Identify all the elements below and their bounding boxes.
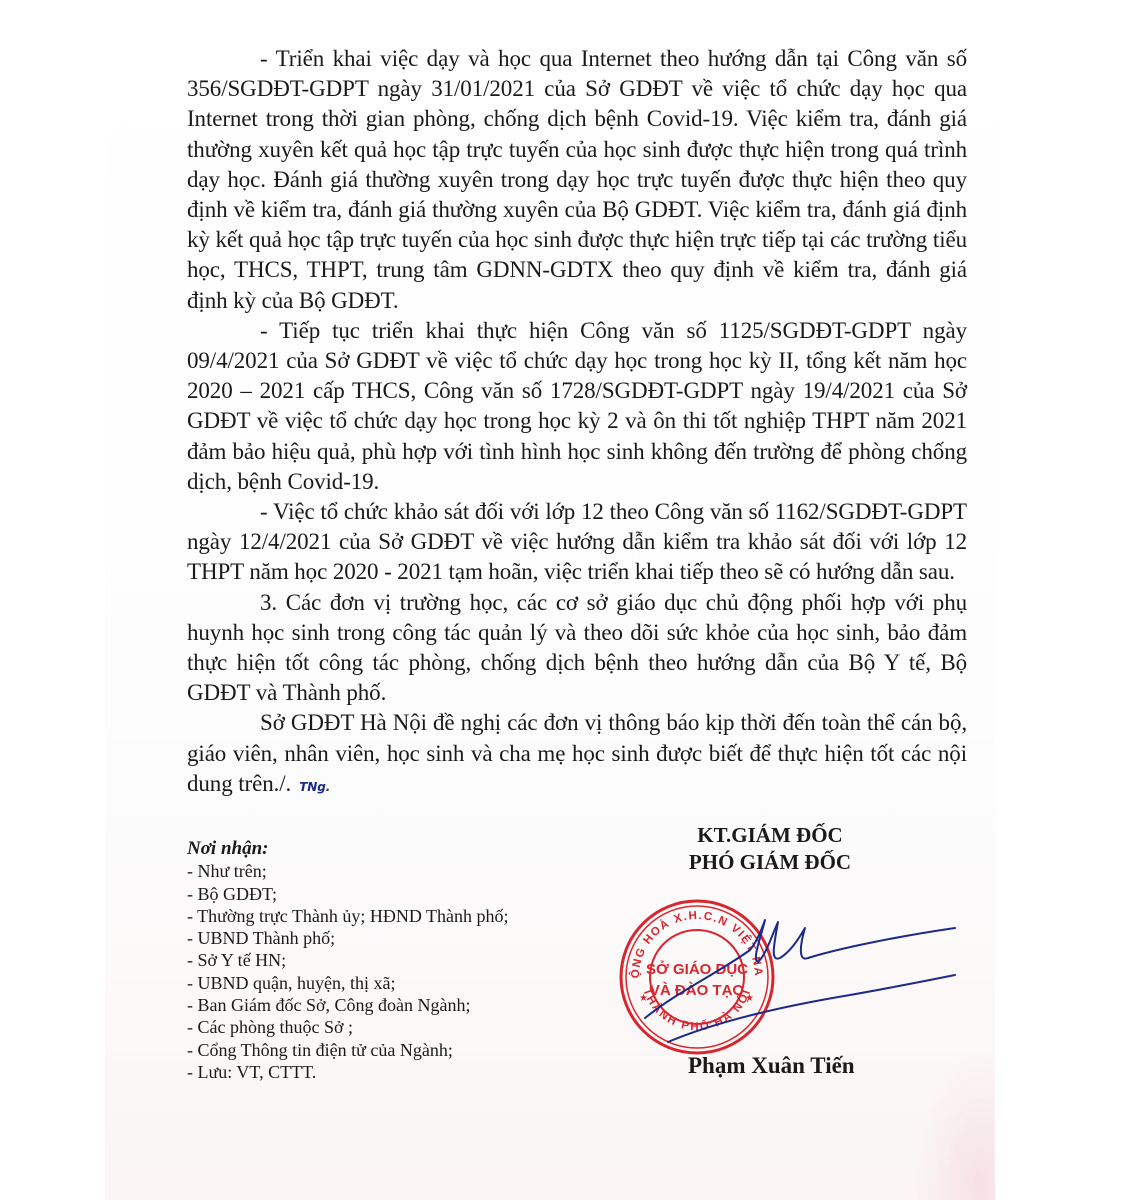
signer-title-line2: PHÓ GIÁM ĐỐC (600, 849, 940, 876)
paragraph-continue-guidance: - Tiếp tục triển khai thực hiện Công văn… (187, 316, 967, 497)
document-body: - Triển khai việc dạy và học qua Interne… (187, 44, 967, 802)
recipient-item: - Bộ GDĐT; (187, 883, 587, 905)
recipients-list: - Như trên; - Bộ GDĐT; - Thường trực Thà… (187, 860, 587, 1083)
handwritten-signature-icon (640, 900, 1040, 1050)
signer-title-block: KT.GIÁM ĐỐC PHÓ GIÁM ĐỐC (600, 822, 940, 876)
recipient-item: - Như trên; (187, 860, 587, 882)
signer-name: Phạm Xuân Tiến (688, 1053, 855, 1079)
recipients-block: Nơi nhận: - Như trên; - Bộ GDĐT; - Thườn… (187, 838, 587, 1083)
initials-mark: TNg. (299, 780, 330, 794)
paragraph-grade12-survey: - Việc tổ chức khảo sát đối với lớp 12 t… (187, 497, 967, 588)
recipient-item: - Thường trực Thành ủy; HĐND Thành phố; (187, 905, 587, 927)
signer-title-line1: KT.GIÁM ĐỐC (600, 822, 940, 849)
paragraph-closing: Sở GDĐT Hà Nội đề nghị các đơn vị thông … (187, 708, 967, 802)
recipient-item: - Sở Y tế HN; (187, 949, 587, 971)
recipient-item: - Ban Giám đốc Sở, Công đoàn Ngành; (187, 994, 587, 1016)
recipient-item: - Cổng Thông tin điện tử của Ngành; (187, 1039, 587, 1061)
recipient-item: - UBND Thành phố; (187, 927, 587, 949)
recipient-item: - Các phòng thuộc Sở ; (187, 1016, 587, 1038)
paragraph-health-coordination: 3. Các đơn vị trường học, các cơ sở giáo… (187, 588, 967, 709)
recipients-title: Nơi nhận: (187, 838, 587, 860)
recipient-item: - UBND quận, huyện, thị xã; (187, 972, 587, 994)
paragraph-internet-teaching: - Triển khai việc dạy và học qua Interne… (187, 44, 967, 316)
recipient-item: - Lưu: VT, CTTT. (187, 1061, 587, 1083)
